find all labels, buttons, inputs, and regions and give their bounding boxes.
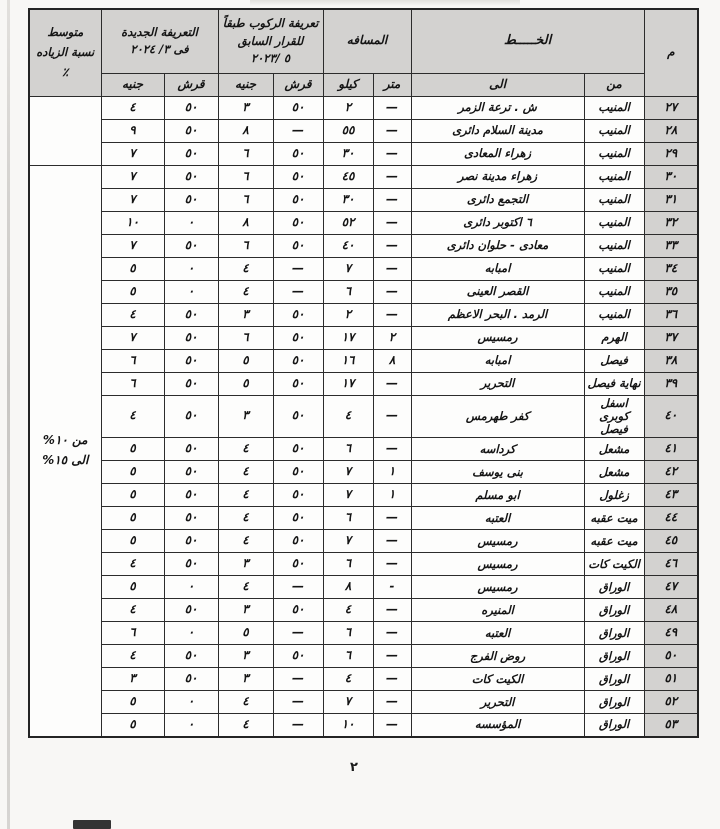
cell-meters: —	[373, 234, 411, 257]
cell-old-piasters: ٥٠	[273, 645, 323, 668]
cell-row-number: ٥٣	[644, 714, 698, 737]
cell-to: رمسيس	[411, 576, 584, 599]
cell-new-pounds: ٥	[101, 691, 164, 714]
cell-old-piasters: ٥٠	[273, 461, 323, 484]
cell-from: ميت عقبه	[584, 507, 644, 530]
cell-old-pounds: ٤	[218, 691, 273, 714]
cell-old-pounds: ٦	[218, 165, 273, 188]
cell-row-number: ٤٠	[644, 395, 698, 438]
cell-new-piasters: ٥٠	[164, 142, 218, 165]
header-pounds-old: جنيه	[218, 73, 273, 96]
cell-new-pounds: ٧	[101, 142, 164, 165]
cell-old-pounds: ٤	[218, 507, 273, 530]
cell-meters: —	[373, 622, 411, 645]
avg-increase-empty-cell	[29, 96, 101, 165]
cell-new-pounds: ٥	[101, 257, 164, 280]
cell-to: كفر طهرمس	[411, 395, 584, 438]
cell-to: امبابه	[411, 349, 584, 372]
cell-row-number: ٥١	[644, 668, 698, 691]
cell-meters: —	[373, 395, 411, 438]
cell-new-pounds: ٥	[101, 484, 164, 507]
cell-to: روض الفرج	[411, 645, 584, 668]
cell-km: ٦	[323, 553, 373, 576]
cell-meters: ٨	[373, 349, 411, 372]
cell-to: معادى - حلوان دائرى	[411, 234, 584, 257]
cell-row-number: ٥٢	[644, 691, 698, 714]
cell-old-piasters: ٥٠	[273, 96, 323, 119]
cell-new-pounds: ٤	[101, 645, 164, 668]
cell-row-number: ٣٦	[644, 303, 698, 326]
cell-km: ١٧	[323, 372, 373, 395]
fare-table-body: ٢٧المنيبش . ترعة الزمر—٢٥٠٣٥٠٤٢٨المنيبمد…	[29, 96, 698, 737]
avg-increase-note-line: من ١٠%	[32, 431, 99, 450]
cell-new-pounds: ٧	[101, 165, 164, 188]
cell-meters: —	[373, 119, 411, 142]
cell-new-piasters: ٥٠	[164, 326, 218, 349]
cell-from: الهرم	[584, 326, 644, 349]
cell-old-piasters: —	[273, 119, 323, 142]
cell-km: ١٠	[323, 714, 373, 737]
cell-meters: —	[373, 142, 411, 165]
cell-new-piasters: ٥٠	[164, 507, 218, 530]
cell-meters: —	[373, 507, 411, 530]
cell-new-pounds: ٧	[101, 326, 164, 349]
cell-new-piasters: ٥٠	[164, 461, 218, 484]
cell-km: ٧	[323, 484, 373, 507]
cell-new-pounds: ٤	[101, 395, 164, 438]
cell-new-piasters: ٥٠	[164, 96, 218, 119]
cell-to: زهراء المعادى	[411, 142, 584, 165]
header-line: الخـــــط	[411, 9, 644, 73]
cell-from: المنيب	[584, 303, 644, 326]
cell-old-pounds: ٤	[218, 461, 273, 484]
cell-from: الوراق	[584, 599, 644, 622]
header-old-tariff-line: تعريفة الركوب طبقاً	[221, 15, 321, 32]
cell-new-pounds: ٤	[101, 96, 164, 119]
header-piasters-new: قرش	[164, 73, 218, 96]
cell-old-pounds: ٣	[218, 96, 273, 119]
table-row: ٢٧المنيبش . ترعة الزمر—٢٥٠٣٥٠٤	[29, 96, 698, 119]
cell-row-number: ٣٩	[644, 372, 698, 395]
cell-new-piasters: ٥٠	[164, 438, 218, 461]
header-to: الى	[411, 73, 584, 96]
cell-old-pounds: ٤	[218, 714, 273, 737]
cell-from: الوراق	[584, 668, 644, 691]
table-row: ٣٤المنيبامبابه—٧—٤٠٥	[29, 257, 698, 280]
table-row: ٥٠الوراقروض الفرج—٦٥٠٣٥٠٤	[29, 645, 698, 668]
table-row: ٢٩المنيبزهراء المعادى—٣٠٥٠٦٥٠٧	[29, 142, 698, 165]
cell-new-piasters: ٠	[164, 280, 218, 303]
cell-old-pounds: ٨	[218, 119, 273, 142]
table-row: ٣٥المنيبالقصر العينى—٦—٤٠٥	[29, 280, 698, 303]
cell-km: ٤٥	[323, 165, 373, 188]
cell-from: الوراق	[584, 714, 644, 737]
cell-old-piasters: ٥٠	[273, 395, 323, 438]
cell-to: الرمد . البحر الاعظم	[411, 303, 584, 326]
cell-new-pounds: ٥	[101, 530, 164, 553]
cell-old-piasters: —	[273, 668, 323, 691]
cell-old-pounds: ٥	[218, 372, 273, 395]
cell-old-piasters: ٥٠	[273, 553, 323, 576]
cell-new-piasters: ٠	[164, 691, 218, 714]
table-row: ٣٣المنيبمعادى - حلوان دائرى—٤٠٥٠٦٥٠٧	[29, 234, 698, 257]
cell-km: ٧	[323, 257, 373, 280]
cell-new-piasters: ٥٠	[164, 645, 218, 668]
header-avg-increase-line: متوسط	[32, 23, 99, 43]
cell-to: التحرير	[411, 372, 584, 395]
cell-new-pounds: ٥	[101, 576, 164, 599]
cell-from: المنيب	[584, 96, 644, 119]
cell-old-pounds: ٤	[218, 576, 273, 599]
cell-meters: —	[373, 553, 411, 576]
cell-row-number: ٤٨	[644, 599, 698, 622]
cell-km: ٤	[323, 395, 373, 438]
cell-new-pounds: ٧	[101, 188, 164, 211]
cell-new-pounds: ٤	[101, 553, 164, 576]
table-row: ٣١المنيبالتجمع دائرى—٣٠٥٠٦٥٠٧	[29, 188, 698, 211]
cell-new-pounds: ٦	[101, 349, 164, 372]
cell-old-pounds: ٤	[218, 484, 273, 507]
table-row: ٤٧الوراقرمسيس-٨—٤٠٥	[29, 576, 698, 599]
cell-new-piasters: ٥٠	[164, 188, 218, 211]
cell-old-pounds: ٦	[218, 234, 273, 257]
cell-new-piasters: ٥٠	[164, 119, 218, 142]
cell-meters: ٢	[373, 326, 411, 349]
cell-meters: —	[373, 372, 411, 395]
cell-old-pounds: ٥	[218, 622, 273, 645]
avg-increase-note-line: الى ١٥%	[32, 451, 99, 470]
cell-old-piasters: —	[273, 576, 323, 599]
cell-old-pounds: ٣	[218, 599, 273, 622]
cell-to: رمسيس	[411, 530, 584, 553]
cell-from: ميت عقبه	[584, 530, 644, 553]
cell-new-pounds: ٥	[101, 461, 164, 484]
cell-to: المنيره	[411, 599, 584, 622]
cell-new-pounds: ٦	[101, 372, 164, 395]
table-row: ٤٣زغلولابو مسلم١٧٥٠٤٥٠٥	[29, 484, 698, 507]
cell-row-number: ٥٠	[644, 645, 698, 668]
scan-smudge-bottom	[73, 820, 111, 829]
cell-old-piasters: ٥٠	[273, 326, 323, 349]
table-row: ٤٥ميت عقبهرمسيس—٧٥٠٤٥٠٥	[29, 530, 698, 553]
cell-row-number: ٣٧	[644, 326, 698, 349]
cell-km: ٦	[323, 622, 373, 645]
scan-smudge-top	[250, 0, 520, 6]
header-row-number: م	[644, 9, 698, 96]
cell-row-number: ٢٧	[644, 96, 698, 119]
cell-new-pounds: ٩	[101, 119, 164, 142]
header-avg-increase-line: نسبة الزياده	[32, 43, 99, 63]
cell-row-number: ٤٥	[644, 530, 698, 553]
cell-old-piasters: ٥٠	[273, 165, 323, 188]
cell-to: ابو مسلم	[411, 484, 584, 507]
header-meters: متر	[373, 73, 411, 96]
header-new-tariff-line: التعريفة الجديدة	[104, 24, 216, 41]
cell-from: فيصل	[584, 349, 644, 372]
cell-old-piasters: ٥٠	[273, 188, 323, 211]
cell-old-pounds: ٤	[218, 280, 273, 303]
table-row: ٣٩نهاية فيصلالتحرير—١٧٥٠٥٥٠٦	[29, 372, 698, 395]
cell-row-number: ٣١	[644, 188, 698, 211]
cell-meters: ١	[373, 484, 411, 507]
cell-from: الوراق	[584, 645, 644, 668]
cell-from: المنيب	[584, 257, 644, 280]
cell-row-number: ٣٢	[644, 211, 698, 234]
cell-old-piasters: —	[273, 280, 323, 303]
cell-old-pounds: ٤	[218, 530, 273, 553]
cell-row-number: ٤١	[644, 438, 698, 461]
cell-row-number: ٤٣	[644, 484, 698, 507]
header-pounds-new: جنيه	[101, 73, 164, 96]
header-new-tariff-line: فى ٣/ ٢٠٢٤	[104, 41, 216, 58]
cell-from: المنيب	[584, 165, 644, 188]
header-km: كيلو	[323, 73, 373, 96]
cell-to: المؤسسه	[411, 714, 584, 737]
cell-km: ٧	[323, 530, 373, 553]
cell-old-pounds: ٤	[218, 438, 273, 461]
table-row: ٣٦المنيبالرمد . البحر الاعظم—٢٥٠٣٥٠٤	[29, 303, 698, 326]
table-row: ٣٨فيصلامبابه٨١٦٥٠٥٥٠٦	[29, 349, 698, 372]
header-old-tariff-line: ٥ /٢٠٢٣	[221, 50, 321, 67]
cell-row-number: ٣٨	[644, 349, 698, 372]
cell-new-piasters: ٠	[164, 622, 218, 645]
cell-old-piasters: —	[273, 691, 323, 714]
table-row: ٥١الوراقالكيت كات—٤—٣٥٠٣	[29, 668, 698, 691]
cell-new-piasters: ٠	[164, 714, 218, 737]
cell-to: ش . ترعة الزمر	[411, 96, 584, 119]
cell-meters: ١	[373, 461, 411, 484]
cell-new-pounds: ٣	[101, 668, 164, 691]
cell-meters: —	[373, 188, 411, 211]
cell-to: كرداسه	[411, 438, 584, 461]
cell-to: رمسيس	[411, 553, 584, 576]
cell-row-number: ٤٤	[644, 507, 698, 530]
cell-row-number: ٢٩	[644, 142, 698, 165]
cell-km: ٧	[323, 691, 373, 714]
cell-km: ٤	[323, 599, 373, 622]
cell-new-pounds: ٥	[101, 280, 164, 303]
header-avg-increase-line: ٪	[32, 63, 99, 83]
cell-new-piasters: ٥٠	[164, 484, 218, 507]
table-row: ٤٠اسفل كوبرى فيصلكفر طهرمس—٤٥٠٣٥٠٤	[29, 395, 698, 438]
cell-from: اسفل كوبرى فيصل	[584, 395, 644, 438]
cell-to: العتبه	[411, 507, 584, 530]
cell-from: زغلول	[584, 484, 644, 507]
cell-old-piasters: ٥٠	[273, 142, 323, 165]
cell-old-pounds: ٥	[218, 349, 273, 372]
cell-from: مشعل	[584, 461, 644, 484]
cell-new-piasters: ٥٠	[164, 372, 218, 395]
cell-from: المنيب	[584, 234, 644, 257]
cell-to: الكيت كات	[411, 668, 584, 691]
cell-meters: —	[373, 438, 411, 461]
cell-from: نهاية فيصل	[584, 372, 644, 395]
cell-km: ٣٠	[323, 188, 373, 211]
cell-meters: —	[373, 303, 411, 326]
table-row: ٣٠المنيبزهراء مدينة نصر—٤٥٥٠٦٥٠٧من ١٠%ال…	[29, 165, 698, 188]
cell-new-pounds: ٦	[101, 622, 164, 645]
table-row: ٢٨المنيبمدينة السلام دائرى—٥٥—٨٥٠٩	[29, 119, 698, 142]
table-row: ٥٢الوراقالتحرير—٧—٤٠٥	[29, 691, 698, 714]
cell-old-piasters: ٥٠	[273, 599, 323, 622]
cell-new-piasters: ٥٠	[164, 553, 218, 576]
cell-old-pounds: ٣	[218, 645, 273, 668]
cell-new-pounds: ٤	[101, 599, 164, 622]
cell-from: مشعل	[584, 438, 644, 461]
cell-row-number: ٤٢	[644, 461, 698, 484]
cell-from: الوراق	[584, 622, 644, 645]
cell-old-pounds: ٣	[218, 395, 273, 438]
cell-new-pounds: ٤	[101, 303, 164, 326]
cell-meters: —	[373, 599, 411, 622]
table-row: ٤٢مشعلبنى يوسف١٧٥٠٤٥٠٥	[29, 461, 698, 484]
cell-km: ٤٠	[323, 234, 373, 257]
cell-to: مدينة السلام دائرى	[411, 119, 584, 142]
cell-new-piasters: ٥٠	[164, 165, 218, 188]
cell-new-pounds: ٥	[101, 438, 164, 461]
cell-km: ٢	[323, 96, 373, 119]
cell-old-piasters: ٥٠	[273, 349, 323, 372]
cell-old-pounds: ٦	[218, 188, 273, 211]
cell-to: امبابه	[411, 257, 584, 280]
cell-old-piasters: —	[273, 622, 323, 645]
cell-old-piasters: ٥٠	[273, 234, 323, 257]
cell-new-pounds: ٥	[101, 507, 164, 530]
cell-km: ٦	[323, 507, 373, 530]
cell-row-number: ٣٥	[644, 280, 698, 303]
cell-meters: —	[373, 530, 411, 553]
cell-old-piasters: ٥٠	[273, 372, 323, 395]
cell-km: ٢	[323, 303, 373, 326]
cell-new-piasters: ٠	[164, 576, 218, 599]
fare-table: م الخـــــط المسافه تعريفة الركوب طبقاً …	[28, 8, 699, 738]
cell-km: ٦	[323, 438, 373, 461]
cell-row-number: ٢٨	[644, 119, 698, 142]
cell-meters: —	[373, 165, 411, 188]
scan-edge-line	[7, 0, 10, 829]
cell-from: الوراق	[584, 576, 644, 599]
header-old-tariff: تعريفة الركوب طبقاً للقرار السابق ٥ /٢٠٢…	[218, 9, 323, 73]
cell-row-number: ٤٦	[644, 553, 698, 576]
cell-from: المنيب	[584, 280, 644, 303]
cell-row-number: ٤٧	[644, 576, 698, 599]
table-row: ٥٣الوراقالمؤسسه—١٠—٤٠٥	[29, 714, 698, 737]
cell-km: ٥٥	[323, 119, 373, 142]
cell-old-piasters: ٥٠	[273, 303, 323, 326]
cell-km: ٧	[323, 461, 373, 484]
cell-to: التجمع دائرى	[411, 188, 584, 211]
cell-to: ٦ اكتوبر دائرى	[411, 211, 584, 234]
cell-meters: —	[373, 96, 411, 119]
cell-from: الكيت كات	[584, 553, 644, 576]
cell-km: ٨	[323, 576, 373, 599]
scanned-document-page: م الخـــــط المسافه تعريفة الركوب طبقاً …	[0, 0, 720, 829]
table-row: ٤٨الوراقالمنيره—٤٥٠٣٥٠٤	[29, 599, 698, 622]
cell-to: القصر العينى	[411, 280, 584, 303]
header-avg-increase: متوسط نسبة الزياده ٪	[29, 9, 101, 96]
cell-from: المنيب	[584, 211, 644, 234]
cell-old-piasters: —	[273, 714, 323, 737]
cell-to: العتبه	[411, 622, 584, 645]
cell-new-pounds: ٥	[101, 714, 164, 737]
cell-to: بنى يوسف	[411, 461, 584, 484]
cell-row-number: ٤٩	[644, 622, 698, 645]
cell-new-piasters: ٥٠	[164, 349, 218, 372]
cell-km: ٦	[323, 280, 373, 303]
cell-old-pounds: ٣	[218, 668, 273, 691]
cell-from: المنيب	[584, 188, 644, 211]
cell-from: المنيب	[584, 119, 644, 142]
cell-old-piasters: ٥٠	[273, 530, 323, 553]
table-row: ٤١مشعلكرداسه—٦٥٠٤٥٠٥	[29, 438, 698, 461]
cell-new-piasters: ٥٠	[164, 303, 218, 326]
table-row: ٤٦الكيت كاترمسيس—٦٥٠٣٥٠٤	[29, 553, 698, 576]
cell-meters: —	[373, 645, 411, 668]
cell-old-piasters: —	[273, 257, 323, 280]
header-distance: المسافه	[323, 9, 411, 73]
cell-old-pounds: ٤	[218, 257, 273, 280]
cell-meters: —	[373, 668, 411, 691]
cell-new-piasters: ٥٠	[164, 234, 218, 257]
cell-km: ٥٢	[323, 211, 373, 234]
cell-old-pounds: ٦	[218, 326, 273, 349]
cell-new-piasters: ٠	[164, 211, 218, 234]
cell-row-number: ٣٤	[644, 257, 698, 280]
cell-new-piasters: ٥٠	[164, 668, 218, 691]
cell-meters: —	[373, 714, 411, 737]
cell-new-piasters: ٥٠	[164, 395, 218, 438]
cell-km: ٤	[323, 668, 373, 691]
cell-new-piasters: ٥٠	[164, 530, 218, 553]
cell-old-pounds: ٦	[218, 142, 273, 165]
cell-meters: -	[373, 576, 411, 599]
cell-km: ٦	[323, 645, 373, 668]
cell-to: زهراء مدينة نصر	[411, 165, 584, 188]
cell-old-piasters: ٥٠	[273, 507, 323, 530]
cell-new-piasters: ٠	[164, 257, 218, 280]
cell-old-piasters: ٥٠	[273, 484, 323, 507]
page-number: ٢	[350, 760, 358, 775]
header-piasters-old: قرش	[273, 73, 323, 96]
cell-old-pounds: ٣	[218, 553, 273, 576]
cell-from: المنيب	[584, 142, 644, 165]
table-row: ٣٧الهرمرمسيس٢١٧٥٠٦٥٠٧	[29, 326, 698, 349]
table-row: ٤٤ميت عقبهالعتبه—٦٥٠٤٥٠٥	[29, 507, 698, 530]
cell-old-pounds: ٣	[218, 303, 273, 326]
cell-meters: —	[373, 280, 411, 303]
avg-increase-note-cell: من ١٠%الى ١٥%	[29, 165, 101, 737]
cell-meters: —	[373, 257, 411, 280]
table-row: ٤٩الوراقالعتبه—٦—٥٠٦	[29, 622, 698, 645]
cell-from: الوراق	[584, 691, 644, 714]
cell-new-piasters: ٥٠	[164, 599, 218, 622]
cell-new-pounds: ١٠	[101, 211, 164, 234]
cell-row-number: ٣٠	[644, 165, 698, 188]
cell-old-piasters: ٥٠	[273, 211, 323, 234]
cell-meters: —	[373, 211, 411, 234]
cell-new-pounds: ٧	[101, 234, 164, 257]
cell-km: ٣٠	[323, 142, 373, 165]
cell-to: التحرير	[411, 691, 584, 714]
cell-old-piasters: ٥٠	[273, 438, 323, 461]
cell-old-pounds: ٨	[218, 211, 273, 234]
header-new-tariff: التعريفة الجديدة فى ٣/ ٢٠٢٤	[101, 9, 218, 73]
table-row: ٣٢المنيب٦ اكتوبر دائرى—٥٢٥٠٨٠١٠	[29, 211, 698, 234]
cell-row-number: ٣٣	[644, 234, 698, 257]
header-from: من	[584, 73, 644, 96]
cell-to: رمسيس	[411, 326, 584, 349]
cell-meters: —	[373, 691, 411, 714]
